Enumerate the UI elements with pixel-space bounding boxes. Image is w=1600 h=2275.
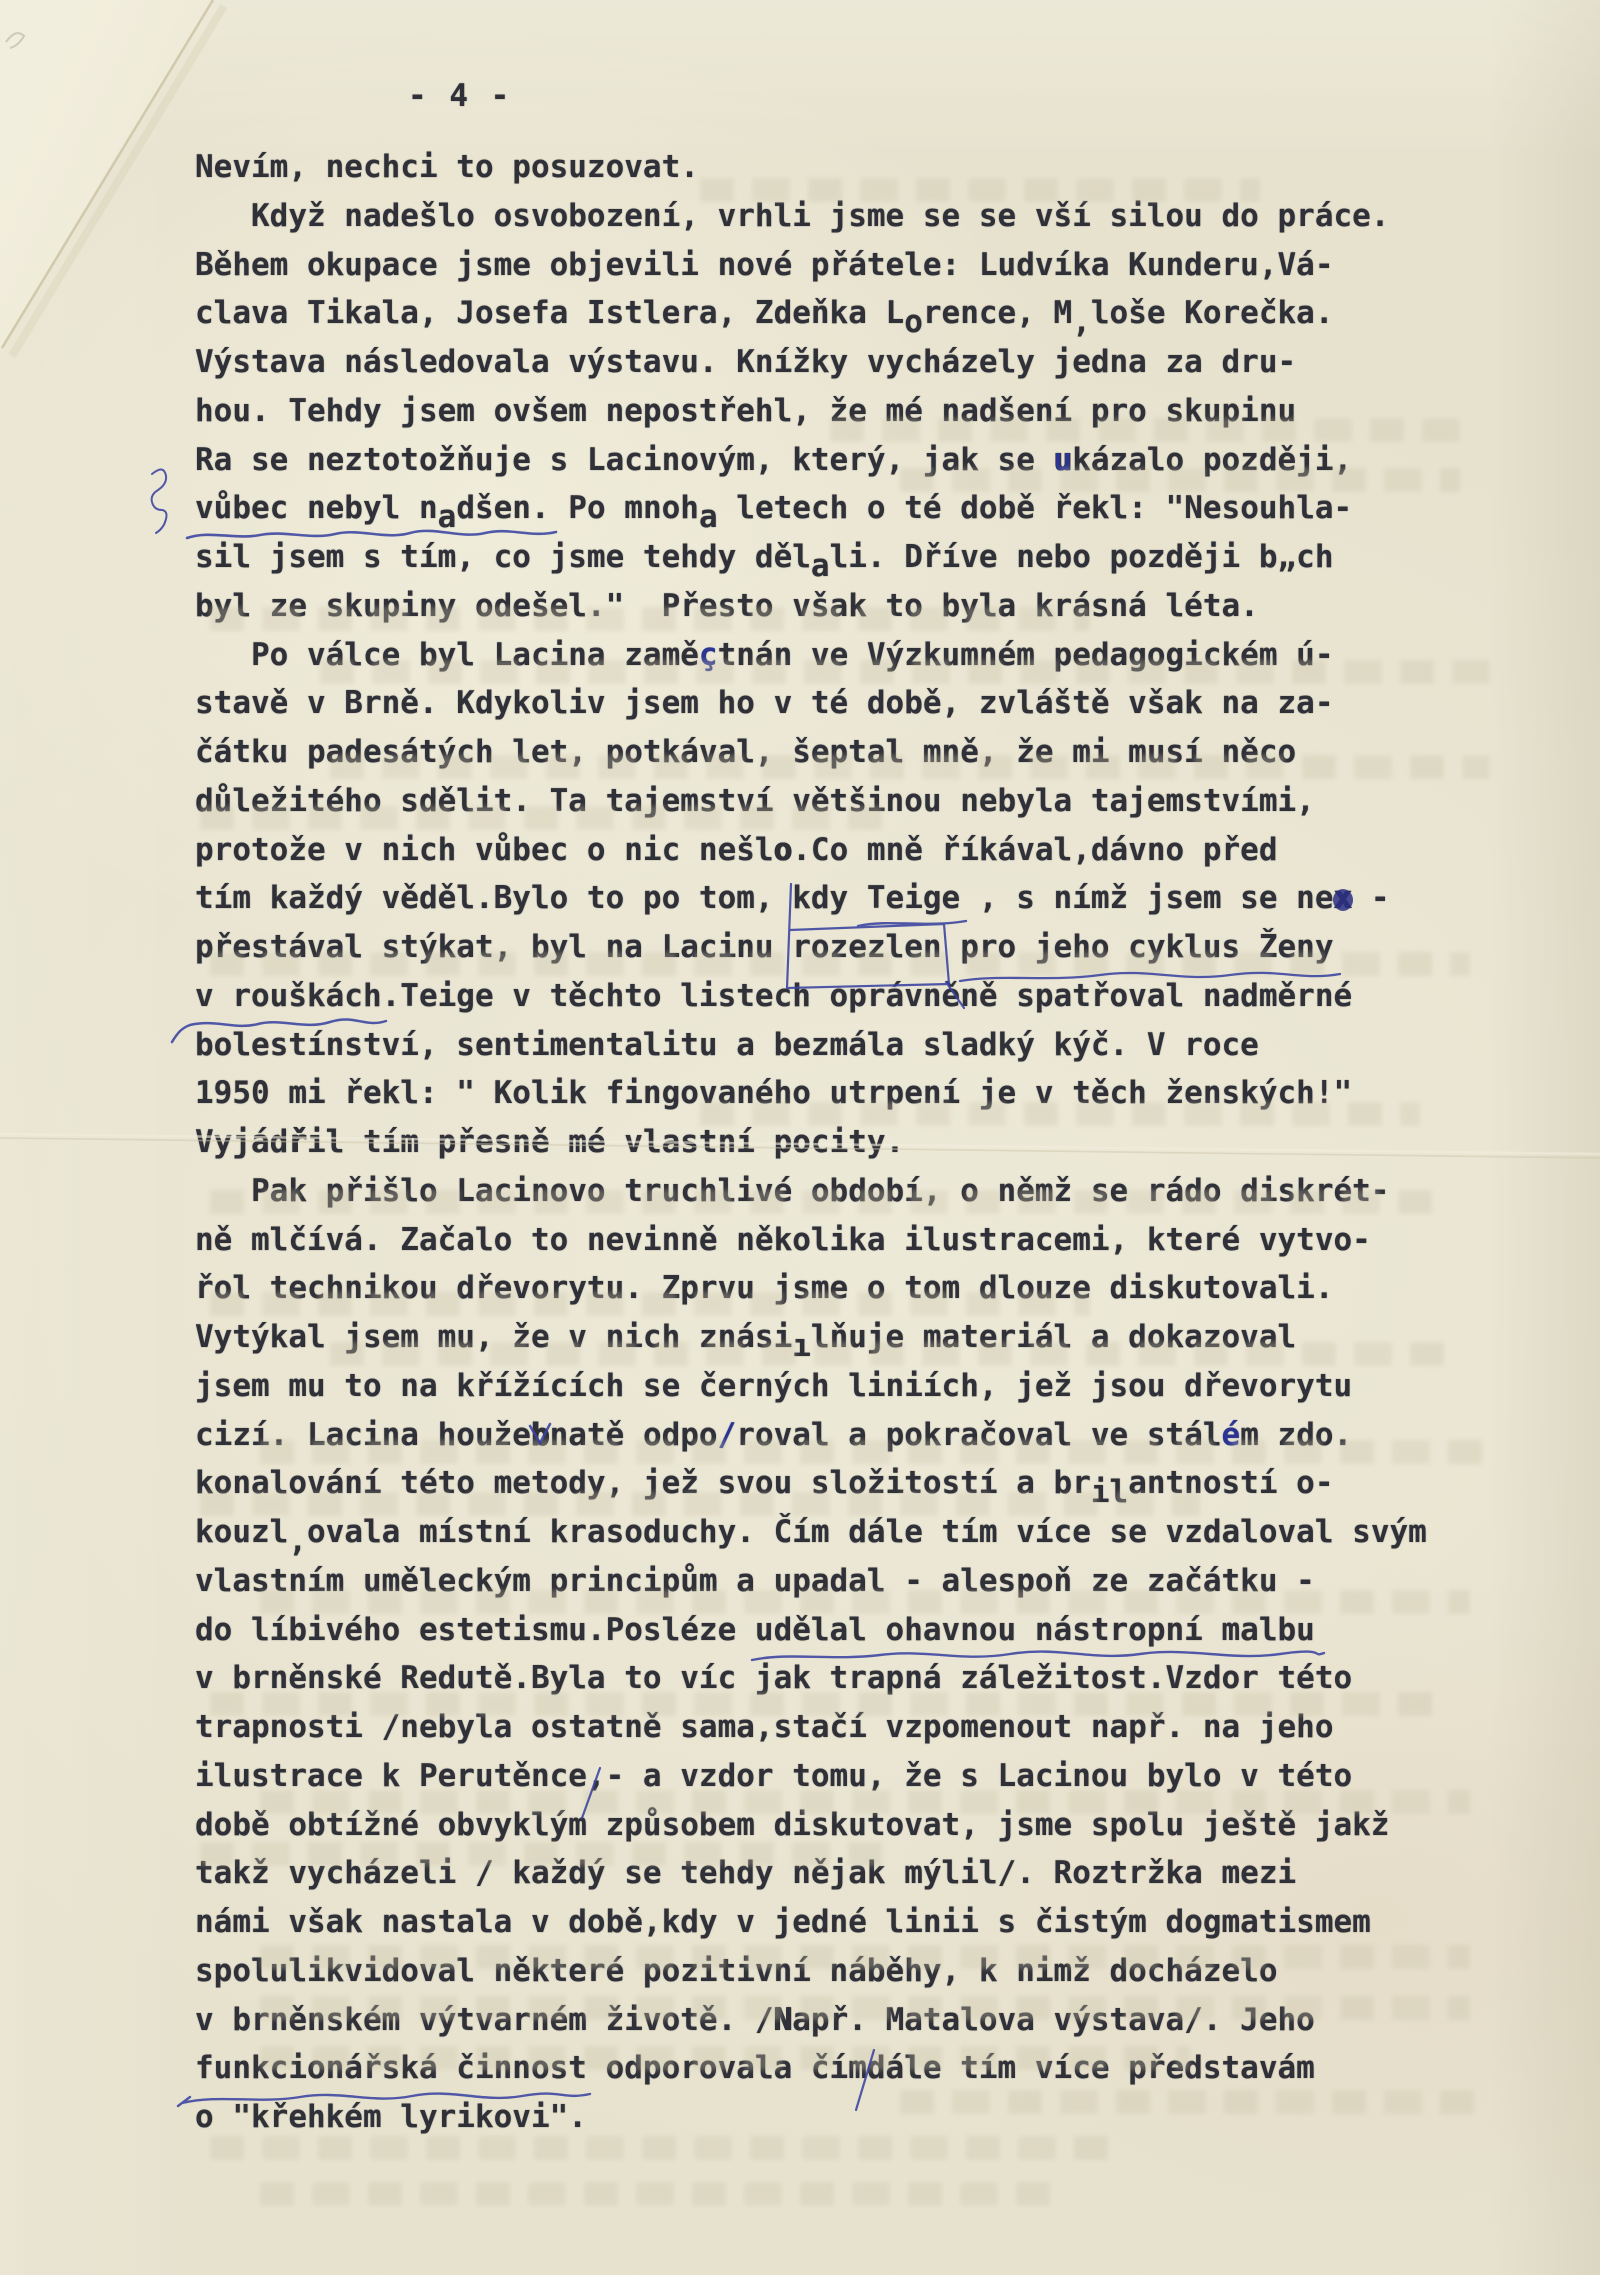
typewritten-line: Během okupace jsme objevili nové přátele…	[195, 241, 1555, 290]
typewritten-line: stavě v Brně. Kdykoliv jsem ho v té době…	[195, 679, 1555, 728]
bleed-through-text	[210, 1292, 1090, 1316]
bleed-through-text	[330, 1342, 1460, 1366]
bleed-through-text	[330, 755, 1490, 779]
typewritten-line: sil jsem s tím, co jsme tehdy dělali. Dř…	[195, 533, 1555, 582]
bleed-through-text	[900, 468, 1460, 492]
bleed-through-text	[210, 1692, 1440, 1716]
bleed-through-text	[260, 2182, 1060, 2206]
bleed-through-text	[260, 2046, 1190, 2070]
bleed-through-text	[260, 1590, 1470, 1614]
bleed-through-text	[210, 1190, 1450, 1214]
typewritten-line: protože v nich vůbec o nic nešlo.Co mně …	[195, 826, 1555, 875]
typewritten-page: - 4 - Nevím, nechci to posuzovat. Když n…	[0, 0, 1600, 2275]
typewritten-line: clava Tikala, Josefa Istlera, Zdeňka Lor…	[195, 289, 1555, 338]
bleed-through-text	[260, 1790, 1470, 1814]
typewritten-line: tím každý věděl.Bylo to po tom, kdy Teig…	[195, 874, 1555, 923]
typewritten-line: bolestínství, sentimentalitu a bezmála s…	[195, 1021, 1555, 1070]
bleed-through-text	[210, 952, 1470, 976]
bleed-through-text	[210, 2136, 1110, 2160]
bleed-through-text	[260, 1945, 1470, 1969]
typewritten-line: námi však nastala v době,kdy v jedné lin…	[195, 1898, 1555, 1947]
typewritten-line: jsem mu to na křížících se černých linií…	[195, 1362, 1555, 1411]
bleed-through-text	[700, 1102, 1420, 1126]
typewritten-line: Výstava následovala výstavu. Knížky vych…	[195, 338, 1555, 387]
bleed-through-text	[200, 1492, 1200, 1516]
typewritten-line: v rouškách.Teige v těchto listech oprávn…	[195, 972, 1555, 1021]
bleed-through-text	[830, 418, 1470, 442]
bleed-through-text	[700, 178, 1260, 202]
bleed-through-text	[900, 2090, 1480, 2114]
bleed-through-text	[210, 607, 1090, 631]
page-number: - 4 -	[408, 78, 511, 114]
bleed-through-text	[260, 1440, 1490, 1464]
typewritten-line: ně mlčívá. Začalo to nevinně několika il…	[195, 1216, 1555, 1265]
bleed-through-text	[200, 1842, 900, 1866]
bleed-through-text	[260, 1996, 1470, 2020]
margin-scribble	[152, 469, 167, 533]
bleed-through-text	[320, 660, 1500, 684]
bleed-through-text	[200, 806, 900, 830]
